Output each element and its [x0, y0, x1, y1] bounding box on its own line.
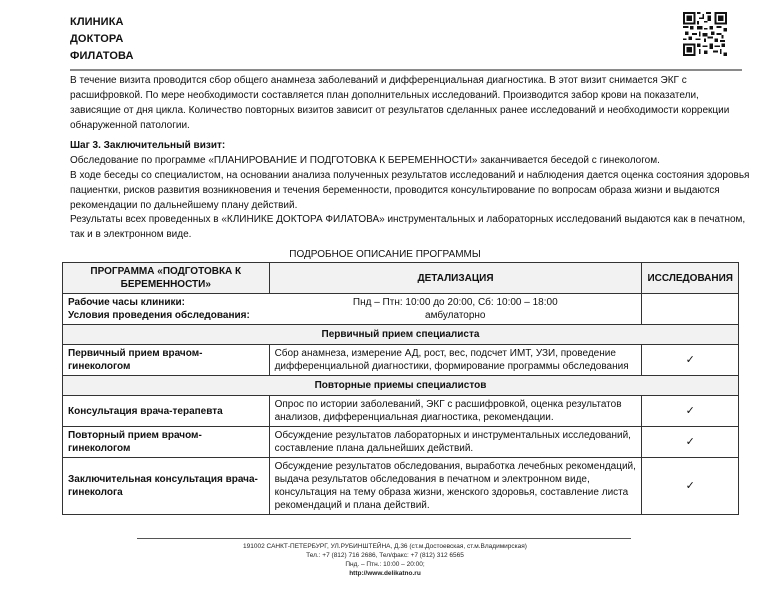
table-row: Повторный прием врачом-гинекологом Обсуж… — [63, 427, 739, 458]
section-row: Первичный прием специалиста — [63, 325, 739, 345]
service-detail: Сбор анамнеза, измерение АД, рост, вес, … — [269, 345, 642, 376]
clinic-name-line-2: ДОКТОРА — [70, 31, 134, 48]
table-row: Заключительная консультация врача-гинеко… — [63, 458, 739, 515]
clinic-name: КЛИНИКА ДОКТОРА ФИЛАТОВА — [70, 14, 134, 65]
footer-phones: Тел.: +7 (812) 716 2686, Тел/факс: +7 (8… — [0, 551, 770, 560]
info-label-hours: Рабочие часы клиники: — [68, 296, 264, 309]
service-detail: Обсуждение результатов лабораторных и ин… — [269, 427, 642, 458]
service-name: Повторный прием врачом-гинекологом — [63, 427, 270, 458]
header-tests: ИССЛЕДОВАНИЯ — [642, 263, 739, 294]
header-program: ПРОГРАММА «ПОДГОТОВКА К БЕРЕМЕННОСТИ» — [63, 263, 270, 294]
service-detail: Обсуждение результатов обследования, выр… — [269, 458, 642, 515]
footer-divider — [137, 538, 631, 539]
table-caption: ПОДРОБНОЕ ОПИСАНИЕ ПРОГРАММЫ — [0, 249, 770, 261]
checkmark-icon: ✓ — [642, 396, 739, 427]
clinic-name-line-1: КЛИНИКА — [70, 14, 134, 31]
program-table: ПРОГРАММА «ПОДГОТОВКА К БЕРЕМЕННОСТИ» ДЕ… — [62, 262, 739, 515]
table-row: Рабочие часы клиники: Условия проведения… — [63, 294, 739, 325]
info-value-hours: Пнд – Птн: 10:00 до 20:00, Сб: 10:00 – 1… — [274, 296, 636, 309]
checkmark-icon: ✓ — [642, 427, 739, 458]
section-title: Повторные приемы специалистов — [63, 376, 739, 396]
qr-code-icon — [683, 12, 727, 56]
header-divider — [70, 69, 742, 71]
footer-website-link[interactable]: http://www.delikatno.ru — [0, 569, 770, 578]
info-values: Пнд – Птн: 10:00 до 20:00, Сб: 10:00 – 1… — [269, 294, 642, 325]
info-label-conditions: Условия проведения обследования: — [68, 309, 264, 322]
info-labels: Рабочие часы клиники: Условия проведения… — [63, 294, 270, 325]
service-name: Консультация врача-терапевта — [63, 396, 270, 427]
section-title: Первичный прием специалиста — [63, 325, 739, 345]
step3-line-1: Обследование по программе «ПЛАНИРОВАНИЕ … — [70, 153, 750, 168]
intro-paragraph: В течение визита проводится сбор общего … — [70, 73, 750, 133]
footer: 191002 САНКТ-ПЕТЕРБУРГ, УЛ.РУБИНШТЕЙНА, … — [0, 542, 770, 578]
info-tests-cell — [642, 294, 739, 325]
table-row: Консультация врача-терапевта Опрос по ис… — [63, 396, 739, 427]
step3-block: Шаг 3. Заключительный визит: Обследовани… — [70, 138, 750, 213]
header-details: ДЕТАЛИЗАЦИЯ — [269, 263, 642, 294]
service-name: Заключительная консультация врача-гинеко… — [63, 458, 270, 515]
checkmark-icon: ✓ — [642, 345, 739, 376]
step3-title: Шаг 3. Заключительный визит: — [70, 138, 750, 153]
step3-line-2: В ходе беседы со специалистом, на основа… — [70, 168, 750, 213]
footer-hours: Пнд. – Птн.: 10:00 – 20:00; — [0, 560, 770, 569]
info-value-conditions: амбулаторно — [274, 309, 636, 322]
service-name: Первичный прием врачом-гинекологом — [63, 345, 270, 376]
table-row: Первичный прием врачом-гинекологом Сбор … — [63, 345, 739, 376]
results-paragraph: Результаты всех проведенных в «КЛИНИКЕ Д… — [70, 212, 750, 242]
section-row: Повторные приемы специалистов — [63, 376, 739, 396]
service-detail: Опрос по истории заболеваний, ЭКГ с расш… — [269, 396, 642, 427]
clinic-name-line-3: ФИЛАТОВА — [70, 48, 134, 65]
footer-address: 191002 САНКТ-ПЕТЕРБУРГ, УЛ.РУБИНШТЕЙНА, … — [0, 542, 770, 551]
checkmark-icon: ✓ — [642, 458, 739, 515]
